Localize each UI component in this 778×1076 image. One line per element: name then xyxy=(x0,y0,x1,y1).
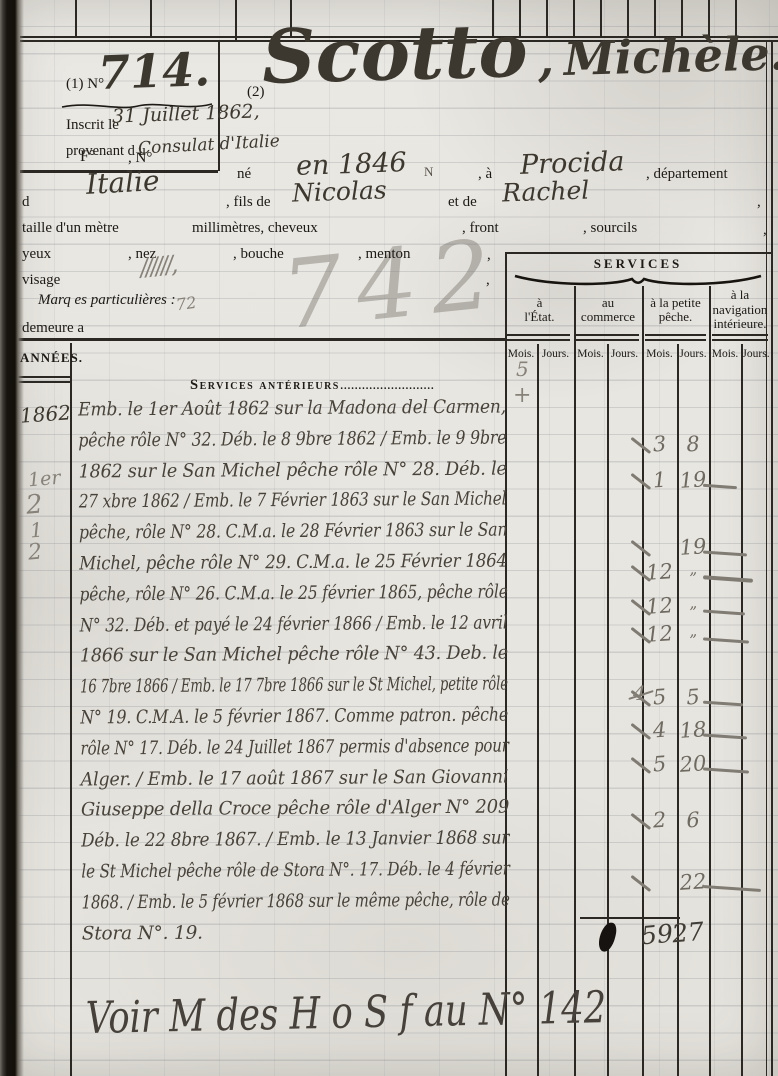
tally-mois-value: 12 xyxy=(642,559,677,585)
surname: Scotto xyxy=(261,14,528,95)
service-log-line: Michel, pêche rôle N° 29. C.M.a. le 25 F… xyxy=(79,551,463,584)
services-brace xyxy=(512,273,764,287)
top-column-tick xyxy=(75,0,77,36)
ne-label: né xyxy=(237,166,251,183)
table-horizontal-rule xyxy=(645,334,706,336)
service-log-line: N° 32. Déb. et payé le 24 février 1866 /… xyxy=(80,613,437,646)
tally-jours-value: 18 xyxy=(677,717,709,743)
tally-mois-value: 5 xyxy=(642,684,677,710)
name-comma: , xyxy=(537,36,554,82)
line1-comma: , xyxy=(763,222,767,239)
fils-de-label: , fils de xyxy=(226,194,271,211)
service-log-line: 1868. / Emb. le 5 février 1868 sur le mê… xyxy=(82,890,427,923)
annees-header: ANNÉES. xyxy=(20,350,83,366)
table-vertical-rule xyxy=(70,343,72,1076)
service-log-line: Stora N°. 19. xyxy=(82,920,510,954)
front-label: , front xyxy=(462,220,499,237)
subcolumn-label: Jours. xyxy=(607,348,642,360)
annees-pencil-entry: 1er xyxy=(27,467,61,492)
country: Italie xyxy=(85,164,160,201)
subcolumn-label: Mois. xyxy=(709,348,741,360)
services-title: SERVICES xyxy=(505,256,771,272)
table-horizontal-rule xyxy=(505,334,570,336)
table-vertical-rule xyxy=(537,344,539,1076)
table-horizontal-rule xyxy=(712,339,768,341)
inscrit-label: Inscrit le xyxy=(66,117,119,134)
line2-comma: , xyxy=(487,247,491,264)
tally-mois-value: 2 xyxy=(642,807,677,833)
name-heading: Scotto, Michèle. xyxy=(261,7,778,95)
inscrit-date: 31 Juillet 1862, xyxy=(112,100,260,127)
pencil-etat-plus: + xyxy=(513,383,531,408)
tally-jours-value: 22 xyxy=(677,869,709,895)
service-log-line: Déb. le 22 8bre 1867. / Emb. le 13 Janvi… xyxy=(81,828,468,861)
bouche-label: , bouche xyxy=(233,246,284,263)
subcolumn-label: Mois. xyxy=(574,348,607,360)
matricule-number: 714. xyxy=(97,42,211,100)
tally-mois-value: 12 xyxy=(642,593,677,619)
service-log-line: Emb. le 1er Août 1862 sur la Madona del … xyxy=(78,397,473,431)
identity-comma: , xyxy=(757,194,761,211)
tally-jours-value: 5 xyxy=(677,684,709,710)
provenant-value: Consulat d'Italie xyxy=(138,131,281,158)
pencil-check-tick xyxy=(631,540,651,557)
service-log-line: Alger. / Emb. le 17 août 1867 sur le San… xyxy=(81,766,485,800)
tally-mois-value: 12 xyxy=(642,621,677,647)
service-log-line: pêche, rôle N° 28. C.M.a. le 28 Février … xyxy=(79,520,441,553)
table-vertical-rule xyxy=(607,344,609,1076)
services-column-header: à la petite pêche. xyxy=(642,286,709,334)
table-horizontal-rule xyxy=(576,339,639,341)
n-mark: N xyxy=(424,164,433,180)
et-de-label: et de xyxy=(448,194,477,211)
table-horizontal-rule xyxy=(645,339,706,341)
tally-mois-value: 1 xyxy=(642,467,677,493)
service-log-line: pêche, rôle N° 26. C.M.a. le 25 février … xyxy=(79,582,438,615)
tally-mois-value: 3 xyxy=(642,431,677,457)
subcolumn-label: Mois. xyxy=(642,348,677,360)
a-label: , à xyxy=(478,166,492,183)
table-vertical-rule xyxy=(709,286,711,1076)
d-label: d xyxy=(22,194,30,211)
folio-label: F° xyxy=(80,148,95,166)
table-horizontal-rule xyxy=(505,252,771,254)
tally-jours-value: 20 xyxy=(677,751,709,777)
pencil-check-tick xyxy=(631,875,651,892)
pencil-tally-marks: //////, xyxy=(139,250,177,282)
pencil-dash xyxy=(703,885,761,892)
table-vertical-rule xyxy=(235,0,237,40)
table-horizontal-rule xyxy=(712,334,768,336)
services-column-header: au commerce xyxy=(574,286,642,334)
pencil-note-72: 72 xyxy=(175,293,198,315)
service-log-line: 16 7bre 1866 / Emb. le 17 7bre 1866 sur … xyxy=(80,675,387,708)
service-log-line: 1862 sur le San Michel pêche rôle N° 28.… xyxy=(79,458,485,492)
table-horizontal-rule xyxy=(15,338,505,341)
subcolumn-label: Jours. xyxy=(677,348,709,360)
annees-pencil-entry: 2 xyxy=(25,489,44,520)
service-log-line: 27 xbre 1862 / Emb. le 7 Février 1863 su… xyxy=(79,489,433,522)
service-log-line: N° 19. C.M.A. le 5 février 1867. Comme p… xyxy=(80,705,446,738)
annees-ink-entry: 1862 xyxy=(19,400,71,427)
service-log-line: pêche rôle N° 32. Déb. le 8 9bre 1862 / … xyxy=(78,428,442,461)
tally-jours-value: 19 xyxy=(677,467,709,493)
tally-jours-value: 8 xyxy=(677,431,709,457)
marques-label: Marq es particulières : xyxy=(38,292,176,309)
visage-label: visage xyxy=(22,272,60,289)
service-log: Emb. le 1er Août 1862 sur la Madona del … xyxy=(78,397,510,954)
footer-note: Voir M des H o S f au N° 142 xyxy=(85,982,606,1044)
tally-mois-value: 4 xyxy=(642,717,677,743)
top-column-tick xyxy=(150,0,152,36)
millimetres-cheveux-label: millimètres, cheveux xyxy=(192,220,318,237)
subcolumn-label: Jours. xyxy=(537,348,574,360)
table-vertical-rule xyxy=(741,344,743,1076)
departement-label: , département xyxy=(646,166,728,183)
sourcils-label: , sourcils xyxy=(583,220,637,237)
table-horizontal-rule xyxy=(505,339,570,341)
register-page: (1) N° 714. Inscrit le 31 Juillet 1862, … xyxy=(0,0,778,1076)
total-mois: 59 xyxy=(639,919,675,951)
table-vertical-rule xyxy=(771,42,773,1076)
service-log-line: rôle N° 17. Déb. le 24 Juillet 1867 perm… xyxy=(80,736,428,769)
pencil-etat-5: 5 xyxy=(516,357,529,381)
services-column-header: à la navigation intérieure. xyxy=(709,286,771,334)
ink-blot xyxy=(597,921,619,954)
line3-comma: , xyxy=(486,272,490,289)
annees-pencil-entry: 2 xyxy=(27,539,43,565)
service-log-line: le St Michel pêche rôle de Stora N°. 17.… xyxy=(81,859,432,892)
given-name: Michèle. xyxy=(563,30,778,82)
service-record-header-label: Services antérieurs xyxy=(190,377,340,393)
demeure-label: demeure a xyxy=(22,320,84,337)
service-log-line: 1866 sur le San Michel pêche rôle N° 43.… xyxy=(80,643,486,677)
taille-label: taille d'un mètre xyxy=(22,220,119,237)
services-column-header: à l'État. xyxy=(505,286,574,334)
tally-mois-value: 5 xyxy=(642,751,677,777)
tally-jours-value: 6 xyxy=(677,807,709,833)
mother-name: Rachel xyxy=(502,175,590,207)
binding-edge xyxy=(0,0,24,1076)
table-vertical-rule xyxy=(766,42,767,1076)
service-record-header: Services antérieurs.....................… xyxy=(190,377,434,394)
subcolumn-label: Jours. xyxy=(741,348,771,360)
pencil-scrawl-742: 742 xyxy=(277,219,511,352)
father-name: Nicolas xyxy=(292,175,388,207)
total-jours: 27 xyxy=(671,917,705,949)
service-record-header-dots: .......................... xyxy=(340,377,434,393)
service-log-line: Giuseppe della Croce pêche rôle d'Alger … xyxy=(81,797,496,831)
tally-jours-value: 19 xyxy=(677,534,709,560)
menton-label: , menton xyxy=(358,246,411,263)
table-vertical-rule xyxy=(574,286,576,1076)
yeux-label: yeux xyxy=(22,246,51,263)
table-horizontal-rule xyxy=(576,334,639,336)
